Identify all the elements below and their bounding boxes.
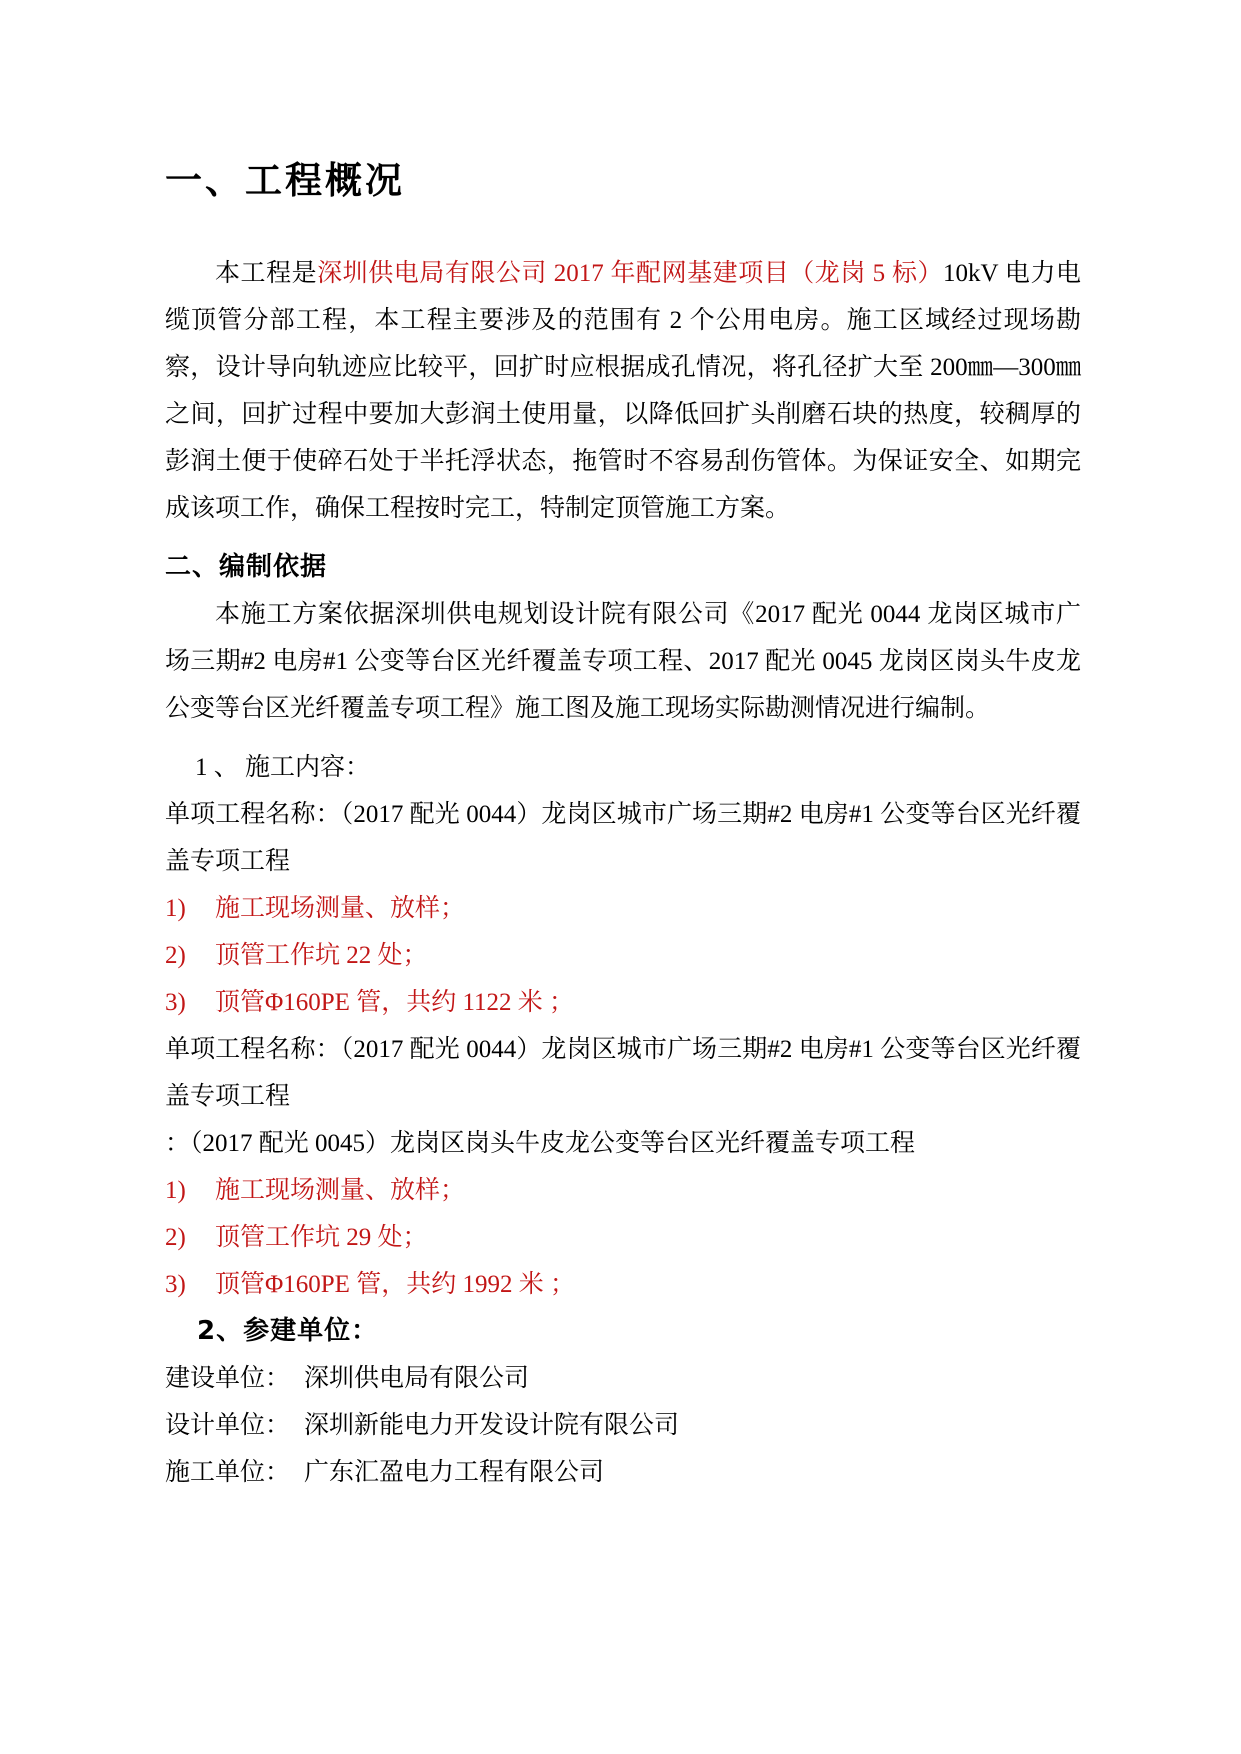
list-item: 2) 顶管工作坑 22 处； (165, 932, 1081, 979)
unit-value: 广东汇盈电力工程有限公司 (304, 1449, 604, 1496)
list-item-text: 顶管Φ160PE 管，共约 1122 米 ； (215, 979, 1081, 1026)
list-item: 1) 施工现场测量、放样； (165, 1167, 1081, 1214)
list-item: 3) 顶管Φ160PE 管，共约 1122 米 ； (165, 979, 1081, 1026)
unit-value: 深圳新能电力开发设计院有限公司 (304, 1402, 679, 1449)
project-name-1: 单项工程名称：（2017 配光 0044）龙岗区城市广场三期#2 电房#1 公变… (165, 791, 1081, 885)
list-item-text: 施工现场测量、放样； (215, 1167, 1081, 1214)
document-page: 一、工程概况 本工程是深圳供电局有限公司 2017 年配网基建项目（龙岗 5 标… (0, 0, 1241, 1754)
list-item-number: 2) (165, 932, 215, 979)
unit-label: 设计单位： (165, 1402, 290, 1449)
list-item: 1) 施工现场测量、放样； (165, 885, 1081, 932)
unit-label: 建设单位： (165, 1355, 290, 1402)
list-item-number: 2) (165, 1214, 215, 1261)
heading-compilation-basis: 二、编制依据 (165, 544, 1081, 591)
unit-row-construction-owner: 建设单位： 深圳供电局有限公司 (165, 1355, 1081, 1402)
list-item: 2) 顶管工作坑 29 处； (165, 1214, 1081, 1261)
list-item-number: 3) (165, 979, 215, 1026)
unit-row-contractor: 施工单位： 广东汇盈电力工程有限公司 (165, 1449, 1081, 1496)
unit-list: 建设单位： 深圳供电局有限公司 设计单位： 深圳新能电力开发设计院有限公司 施工… (165, 1355, 1081, 1496)
list-item-text: 顶管Φ160PE 管，共约 1992 米 ； (215, 1261, 1081, 1308)
overview-text-lead: 本工程是 (215, 260, 317, 287)
list-item-text: 顶管工作坑 29 处； (215, 1214, 1081, 1261)
unit-value: 深圳供电局有限公司 (304, 1355, 529, 1402)
list-item-text: 顶管工作坑 22 处； (215, 932, 1081, 979)
heading-project-overview: 一、工程概况 (165, 160, 1081, 202)
project-name-3: ：（2017 配光 0045）龙岗区岗头牛皮龙公变等台区光纤覆盖专项工程 (165, 1120, 1081, 1167)
list-item-number: 3) (165, 1261, 215, 1308)
paragraph-compilation-basis: 本施工方案依据深圳供电规划设计院有限公司《2017 配光 0044 龙岗区城市广… (165, 591, 1081, 732)
list-item-text: 施工现场测量、放样； (215, 885, 1081, 932)
unit-label: 施工单位： (165, 1449, 290, 1496)
project-name-2: 单项工程名称：（2017 配光 0044）龙岗区城市广场三期#2 电房#1 公变… (165, 1026, 1081, 1120)
list-item-number: 1) (165, 885, 215, 932)
unit-row-design: 设计单位： 深圳新能电力开发设计院有限公司 (165, 1402, 1081, 1449)
red-list-1: 1) 施工现场测量、放样； 2) 顶管工作坑 22 处； 3) 顶管Φ160PE… (165, 885, 1081, 1026)
red-list-2: 1) 施工现场测量、放样； 2) 顶管工作坑 29 处； 3) 顶管Φ160PE… (165, 1167, 1081, 1308)
overview-text-body: 10kV 电力电缆顶管分部工程，本工程主要涉及的范围有 2 个公用电房。施工区域… (165, 260, 1081, 522)
list-item: 3) 顶管Φ160PE 管，共约 1992 米 ； (165, 1261, 1081, 1308)
heading-participating-units: 2、参建单位： (165, 1308, 1081, 1355)
paragraph-project-overview: 本工程是深圳供电局有限公司 2017 年配网基建项目（龙岗 5 标）10kV 电… (165, 250, 1081, 532)
construction-content-label: 1 、 施工内容： (165, 744, 1081, 791)
overview-text-project-title: 深圳供电局有限公司 2017 年配网基建项目（龙岗 5 标） (317, 260, 943, 287)
list-item-number: 1) (165, 1167, 215, 1214)
